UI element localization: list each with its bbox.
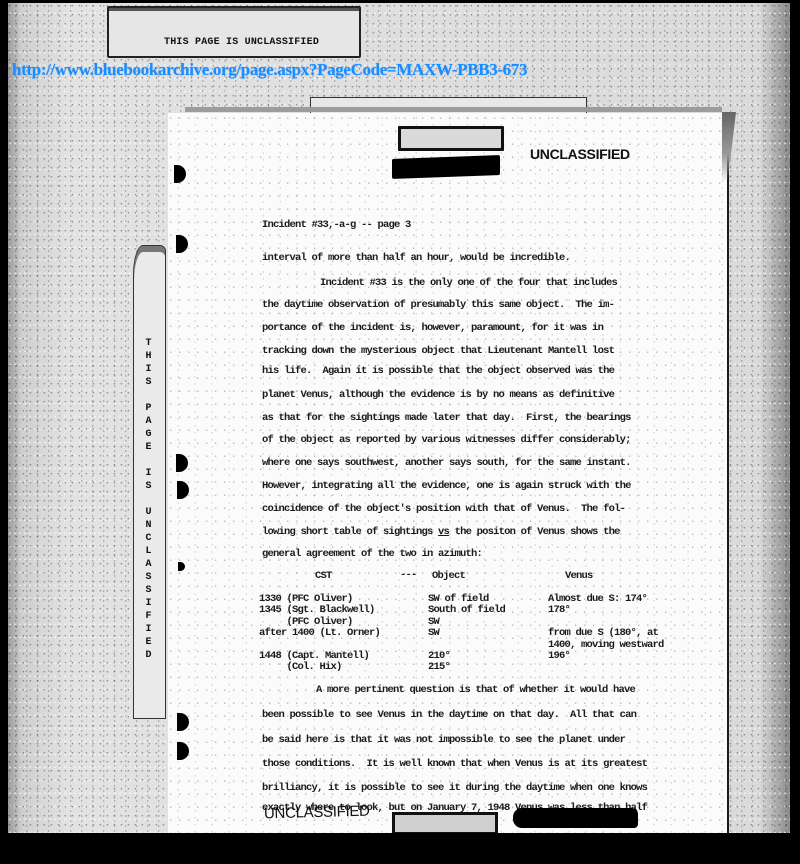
underlined-vs: vs	[438, 526, 449, 538]
text-line: planet Venus, although the evidence is b…	[262, 389, 614, 401]
text-line: Incident #33 is the only one of the four…	[320, 277, 617, 289]
text-line: However, integrating all the evidence, o…	[262, 480, 631, 492]
cell-venus: from due S (180°, at	[548, 628, 658, 640]
bottom-redaction-bar	[513, 808, 638, 828]
classification-stamp-top: UNCLASSIFIED	[530, 146, 630, 162]
scan-bottom-border	[0, 833, 800, 864]
cell-venus: 196°	[548, 651, 570, 663]
table-header-venus: Venus	[565, 571, 593, 583]
cell-venus: 178°	[548, 605, 570, 617]
cell-object: 215°	[428, 662, 450, 674]
archive-url-link[interactable]: http://www.bluebookarchive.org/page.aspx…	[12, 60, 527, 80]
text-line: where one says southwest, another says s…	[262, 457, 631, 469]
text-line: been possible to see Venus in the daytim…	[262, 709, 636, 721]
cell-cst: 1345 (Sgt. Blackwell)	[259, 605, 375, 617]
top-redaction-bar	[392, 155, 500, 179]
classification-stamp-bottom: UNCLASSIFIED	[264, 803, 370, 823]
table-header-object: Object	[432, 571, 465, 583]
text-line: tracking down the mysterious object that…	[262, 345, 614, 357]
text-line: portance of the incident is, however, pa…	[262, 322, 603, 334]
top-classification-text: THIS PAGE IS UNCLASSIFIED	[164, 37, 319, 48]
table-header-dashes: ---	[400, 570, 417, 582]
header-redaction-box	[398, 126, 504, 151]
page-header: Incident #33,-a-g -- page 3	[262, 219, 411, 231]
text-line: general agreement of the two in azimuth:	[262, 548, 482, 560]
text-line: as that for the sightings made later tha…	[262, 412, 631, 424]
cell-cst: after 1400 (Lt. Orner)	[259, 628, 380, 640]
text-line: coincidence of the object's position wit…	[262, 503, 625, 515]
text-line: A more pertinent question is that of whe…	[316, 684, 635, 696]
cell-object: South of field	[428, 605, 505, 617]
paper-top-shadow	[185, 107, 722, 112]
text-line: brilliancy, it is possible to see it dur…	[262, 782, 647, 794]
text-line: his life. Again it is possible that the …	[262, 365, 614, 377]
text-fragment: lowing short table of sightings	[262, 526, 438, 538]
table-header-cst: CST	[315, 571, 332, 583]
text-line: those conditions. It is well known that …	[262, 758, 647, 770]
side-classification-tab: THIS PAGE IS UNCLASSIFIED	[133, 245, 166, 719]
text-line: interval of more than half an hour, woul…	[262, 252, 570, 264]
cell-cst: (Col. Hix)	[259, 662, 342, 674]
text-line: be said here is that it was not impossib…	[262, 734, 625, 746]
text-line-table-intro: lowing short table of sightings vs the p…	[262, 526, 620, 538]
text-line: of the object as reported by various wit…	[262, 434, 631, 446]
footer-redaction-box	[392, 812, 498, 835]
document-page	[168, 113, 729, 833]
text-line: the daytime observation of presumably th…	[262, 299, 614, 311]
cell-object: SW	[428, 628, 439, 640]
side-classification-text: THIS PAGE IS UNCLASSIFIED	[143, 338, 154, 663]
text-fragment: the positon of Venus shows the	[449, 526, 620, 538]
top-classification-box: THIS PAGE IS UNCLASSIFIED	[107, 6, 361, 58]
